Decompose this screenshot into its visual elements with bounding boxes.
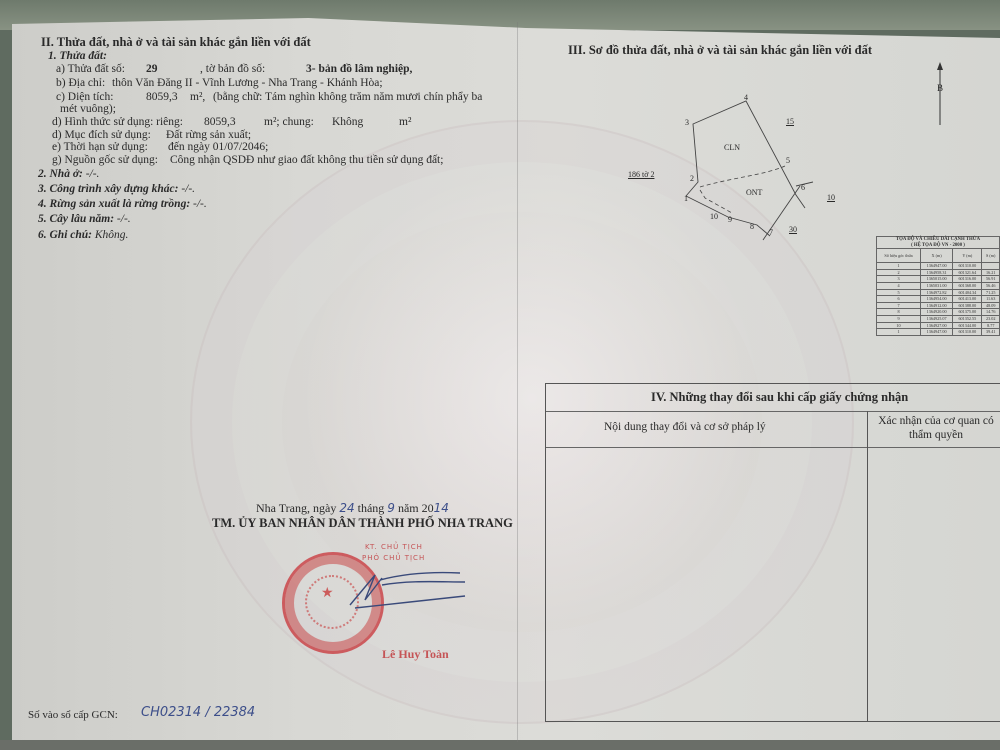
table-row: 41365031.00601368.0056.46 <box>877 282 1000 289</box>
area-value: 8059,3 <box>146 91 178 104</box>
table-row: 11364947.00601310.00 <box>877 263 1000 270</box>
table-cell: 71.25 <box>982 289 1000 296</box>
handwritten-day: 24 <box>339 501 354 515</box>
table-row: 51364972.82601404.3471.25 <box>877 289 1000 296</box>
origin: Công nhận QSDĐ như giao đất không thu ti… <box>170 154 443 167</box>
table-cell: 23.02 <box>982 315 1000 322</box>
table-row: 61364954.00601413.0011.63 <box>877 296 1000 303</box>
col-x: X (m) <box>920 249 952 263</box>
table-row: 31365015.00601316.0056.91 <box>877 276 1000 283</box>
usage-common: Không <box>332 116 363 129</box>
table-cell: 7 <box>877 302 921 309</box>
table-row: 81364920.00601375.0014.76 <box>877 309 1000 316</box>
zone-ont: ONT <box>746 188 762 197</box>
registry-label: Số vào sổ cấp GCN: <box>28 709 118 722</box>
table-cell: 10 <box>877 322 921 329</box>
table-cell: 39.41 <box>982 329 1000 336</box>
usage-private: 8059,3 <box>204 116 236 129</box>
vertex-8: 8 <box>750 222 754 231</box>
table-cell: 601321.64 <box>953 269 982 276</box>
table-cell: 1364958.31 <box>920 269 952 276</box>
area-words: (bằng chữ: Tám nghìn không trăm năm mươi… <box>213 91 482 104</box>
table-cell: 1364927.00 <box>920 322 952 329</box>
map-sheet-label: , tờ bản đồ số: <box>200 63 265 76</box>
list-item: 6. Ghi chú: Không. <box>38 229 128 242</box>
coord-table-body: 11364947.00601310.0021364958.31601321.64… <box>877 263 1000 336</box>
parcel-outline <box>560 60 1000 250</box>
coordinate-table: TỌA ĐỘ VÀ CHIỀU DÀI CẠNH THỬA ( HỆ TỌA Đ… <box>876 236 1000 336</box>
table-cell: 1364954.00 <box>920 296 952 303</box>
table-cell: 601310.00 <box>953 329 982 336</box>
parcel-diagram: 4 3 2 1 5 6 7 8 9 10 CLN ONT 15 186 tờ 2… <box>560 60 1000 250</box>
registry-number: CH02314 / 22384 <box>141 706 255 719</box>
table-cell: 1364925.07 <box>920 315 952 322</box>
table-row: 21364958.31601321.6416.21 <box>877 269 1000 276</box>
neighbor-parcel: 30 <box>789 225 797 234</box>
table-cell: 601352.55 <box>953 315 982 322</box>
col-authority-confirmation: Xác nhận của cơ quan có thẩm quyền <box>872 414 1000 442</box>
term: đến ngày 01/07/2046; <box>168 141 268 154</box>
vertex-1: 1 <box>684 194 688 203</box>
table-cell: 5 <box>877 289 921 296</box>
page-fold <box>517 22 518 742</box>
table-cell: 601368.00 <box>953 282 982 289</box>
list-item: 5. Cây lâu năm: -/-. <box>38 213 131 226</box>
zone-cln: CLN <box>724 143 740 152</box>
table-cell: 1364947.00 <box>920 329 952 336</box>
col-y: Y (m) <box>953 249 982 263</box>
signer-name: Lê Huy Toàn <box>382 648 449 661</box>
table-cell: 601310.00 <box>953 263 982 270</box>
table-cell: 1364920.00 <box>920 309 952 316</box>
vertex-7: 7 <box>769 228 773 237</box>
table-cell: 8 <box>877 309 921 316</box>
usage-form-label: d) Hình thức sử dụng: riêng: <box>52 116 183 129</box>
parcel-no: 29 <box>146 63 158 76</box>
vertex-3: 3 <box>685 118 689 127</box>
table-cell: 11.63 <box>982 296 1000 303</box>
table-cell <box>982 263 1000 270</box>
issuing-authority: TM. ỦY BAN NHÂN DÂN THÀNH PHỐ NHA TRANG <box>212 517 513 530</box>
neighbor-parcel: 10 <box>827 193 835 202</box>
table-cell: 601344.00 <box>953 322 982 329</box>
map-sheet: 3- bản đồ lâm nghiệp, <box>306 63 412 76</box>
table-row: 91364925.07601352.5523.02 <box>877 315 1000 322</box>
changes-table: IV. Những thay đổi sau khi cấp giấy chứn… <box>545 383 1000 722</box>
vertex-4: 4 <box>744 93 748 102</box>
table-cell: 601388.00 <box>953 302 982 309</box>
land-heading: 1. Thửa đất: <box>48 50 107 63</box>
table-row: 11364947.00601310.0039.41 <box>877 329 1000 336</box>
handwritten-year: 14 <box>434 501 449 515</box>
coord-table-title: TỌA ĐỘ VÀ CHIỀU DÀI CẠNH THỬA ( HỆ TỌA Đ… <box>877 237 1000 249</box>
neighbor-parcel: 186 tờ 2 <box>628 170 654 179</box>
table-cell: 8.77 <box>982 322 1000 329</box>
usage-common-label: m²; chung: <box>264 116 314 129</box>
handwritten-signature <box>320 560 480 620</box>
table-cell: 1364972.82 <box>920 289 952 296</box>
background-bottom <box>0 740 1000 750</box>
table-cell: 9 <box>877 315 921 322</box>
table-cell: 1365015.00 <box>920 276 952 283</box>
table-cell: 56.46 <box>982 282 1000 289</box>
table-cell: 2 <box>877 269 921 276</box>
parcel-no-label: a) Thửa đất số: <box>56 63 125 76</box>
table-cell: 1 <box>877 329 921 336</box>
vertex-2: 2 <box>690 174 694 183</box>
table-cell: 16.21 <box>982 269 1000 276</box>
table-cell: 1 <box>877 263 921 270</box>
address: thôn Văn Đăng II - Vĩnh Lương - Nha Tran… <box>112 77 383 90</box>
table-cell: 1364912.00 <box>920 302 952 309</box>
list-item: 4. Rừng sản xuất là rừng trồng: -/-. <box>38 198 207 211</box>
usage-common-unit: m² <box>399 116 411 129</box>
table-row: 101364927.00601344.008.77 <box>877 322 1000 329</box>
authority-confirmation-cell <box>868 447 1000 721</box>
table-cell: 1364947.00 <box>920 263 952 270</box>
neighbor-parcel: 15 <box>786 117 794 126</box>
table-cell: 56.91 <box>982 276 1000 283</box>
col-vertex: Số hiệu góc thửa <box>877 249 921 263</box>
table-cell: 1365031.00 <box>920 282 952 289</box>
section-ii-title: II. Thửa đất, nhà ở và tài sản khác gắn … <box>41 36 311 49</box>
vertex-6: 6 <box>801 183 805 192</box>
table-cell: 601316.00 <box>953 276 982 283</box>
table-cell: 3 <box>877 276 921 283</box>
address-label: b) Địa chỉ: <box>56 77 105 90</box>
col-s: S (m) <box>982 249 1000 263</box>
table-cell: 6 <box>877 296 921 303</box>
table-cell: 601413.00 <box>953 296 982 303</box>
changes-header-row: Nội dung thay đổi và cơ sở pháp lý Xác n… <box>546 411 1000 448</box>
table-row: 71364912.00601388.0048.09 <box>877 302 1000 309</box>
term-label: e) Thời hạn sử dụng: <box>52 141 148 154</box>
area-unit: m², <box>190 91 205 104</box>
vertex-9: 9 <box>728 215 732 224</box>
list-item: 2. Nhà ở: -/-. <box>38 168 99 181</box>
area-words-cont: mét vuông); <box>60 103 116 116</box>
vertex-10: 10 <box>710 212 718 221</box>
table-cell: 14.76 <box>982 309 1000 316</box>
list-item: 3. Công trình xây dựng khác: -/-. <box>38 183 195 196</box>
changes-title-row: IV. Những thay đổi sau khi cấp giấy chứn… <box>546 384 1000 412</box>
table-cell: 601375.00 <box>953 309 982 316</box>
col-change-content: Nội dung thay đổi và cơ sở pháp lý <box>604 421 766 434</box>
change-content-cell <box>546 447 867 721</box>
handwritten-month: 9 <box>387 501 395 515</box>
changes-title: IV. Những thay đổi sau khi cấp giấy chứn… <box>651 391 908 404</box>
table-cell: 4 <box>877 282 921 289</box>
place-date: Nha Trang, ngày 24 tháng 9 năm 2014 <box>256 502 449 515</box>
origin-label: g) Nguồn gốc sử dụng: <box>52 154 158 167</box>
table-cell: 48.09 <box>982 302 1000 309</box>
vertex-5: 5 <box>786 156 790 165</box>
table-cell: 601404.34 <box>953 289 982 296</box>
section-iii-title: III. Sơ đồ thửa đất, nhà ở và tài sản kh… <box>568 44 872 57</box>
